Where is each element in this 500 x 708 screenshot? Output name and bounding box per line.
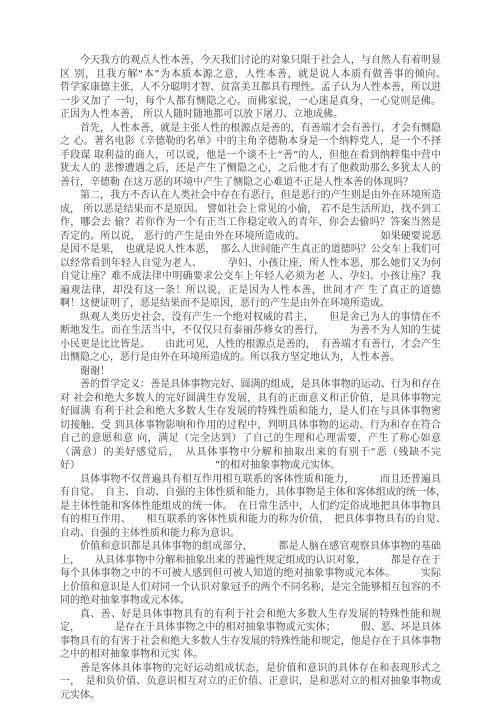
document-content: 今天我方的观点人性本善，今天我们讨论的对象只限于社会人，与自然人有着明显区 别，… bbox=[60, 54, 441, 702]
paragraph-final-definition: 善是客体具体事物的完好运动组成状态，是价值和意识的具体存在和表现形式之一， 是和… bbox=[60, 662, 441, 703]
document-page: 今天我方的观点人性本善，今天我们讨论的对象只限于社会人，与自然人有着明显区 别，… bbox=[0, 0, 500, 708]
paragraph-conclusion: 纵观人类历史社会，没有产生一个绝对权威的君主， 但是舍己为人的事情在不断地发生。… bbox=[60, 311, 441, 365]
paragraph-first-point: 首先，人性本善，就是主张人性的根源点是善的，有善端才会有善行，才会有恻隐之 心。… bbox=[60, 122, 441, 190]
paragraph-subject-object: 具体事物不仅普遍具有相互作用相互联系的客体性质和能力， 而且还普遍具有自觉、 自… bbox=[60, 473, 441, 541]
paragraph-philosophical-definition: 善的哲学定义：善是具体事物完好、圆满的组成，是具体事物的运动、行为和存在对 社会… bbox=[60, 378, 441, 473]
paragraph-second-point: 第二，我方不否认在人类社会中存在有恶行，但是恶行的产生则是由外在环境所造成， 所… bbox=[60, 189, 441, 311]
paragraph-opening-statement: 今天我方的观点人性本善，今天我们讨论的对象只限于社会人，与自然人有着明显区 别，… bbox=[60, 54, 441, 122]
paragraph-value-consciousness: 价值和意识都是具体事物的组成部分， 都是人脑在感官观察具体事物的基础上， 从具体… bbox=[60, 540, 441, 608]
paragraph-true-good: 真、善、好是具体事物具有的有利于社会和绝大多数人生存发展的特殊性能和规定， 是存… bbox=[60, 608, 441, 662]
paragraph-thanks: 谢谢！ bbox=[60, 365, 441, 379]
